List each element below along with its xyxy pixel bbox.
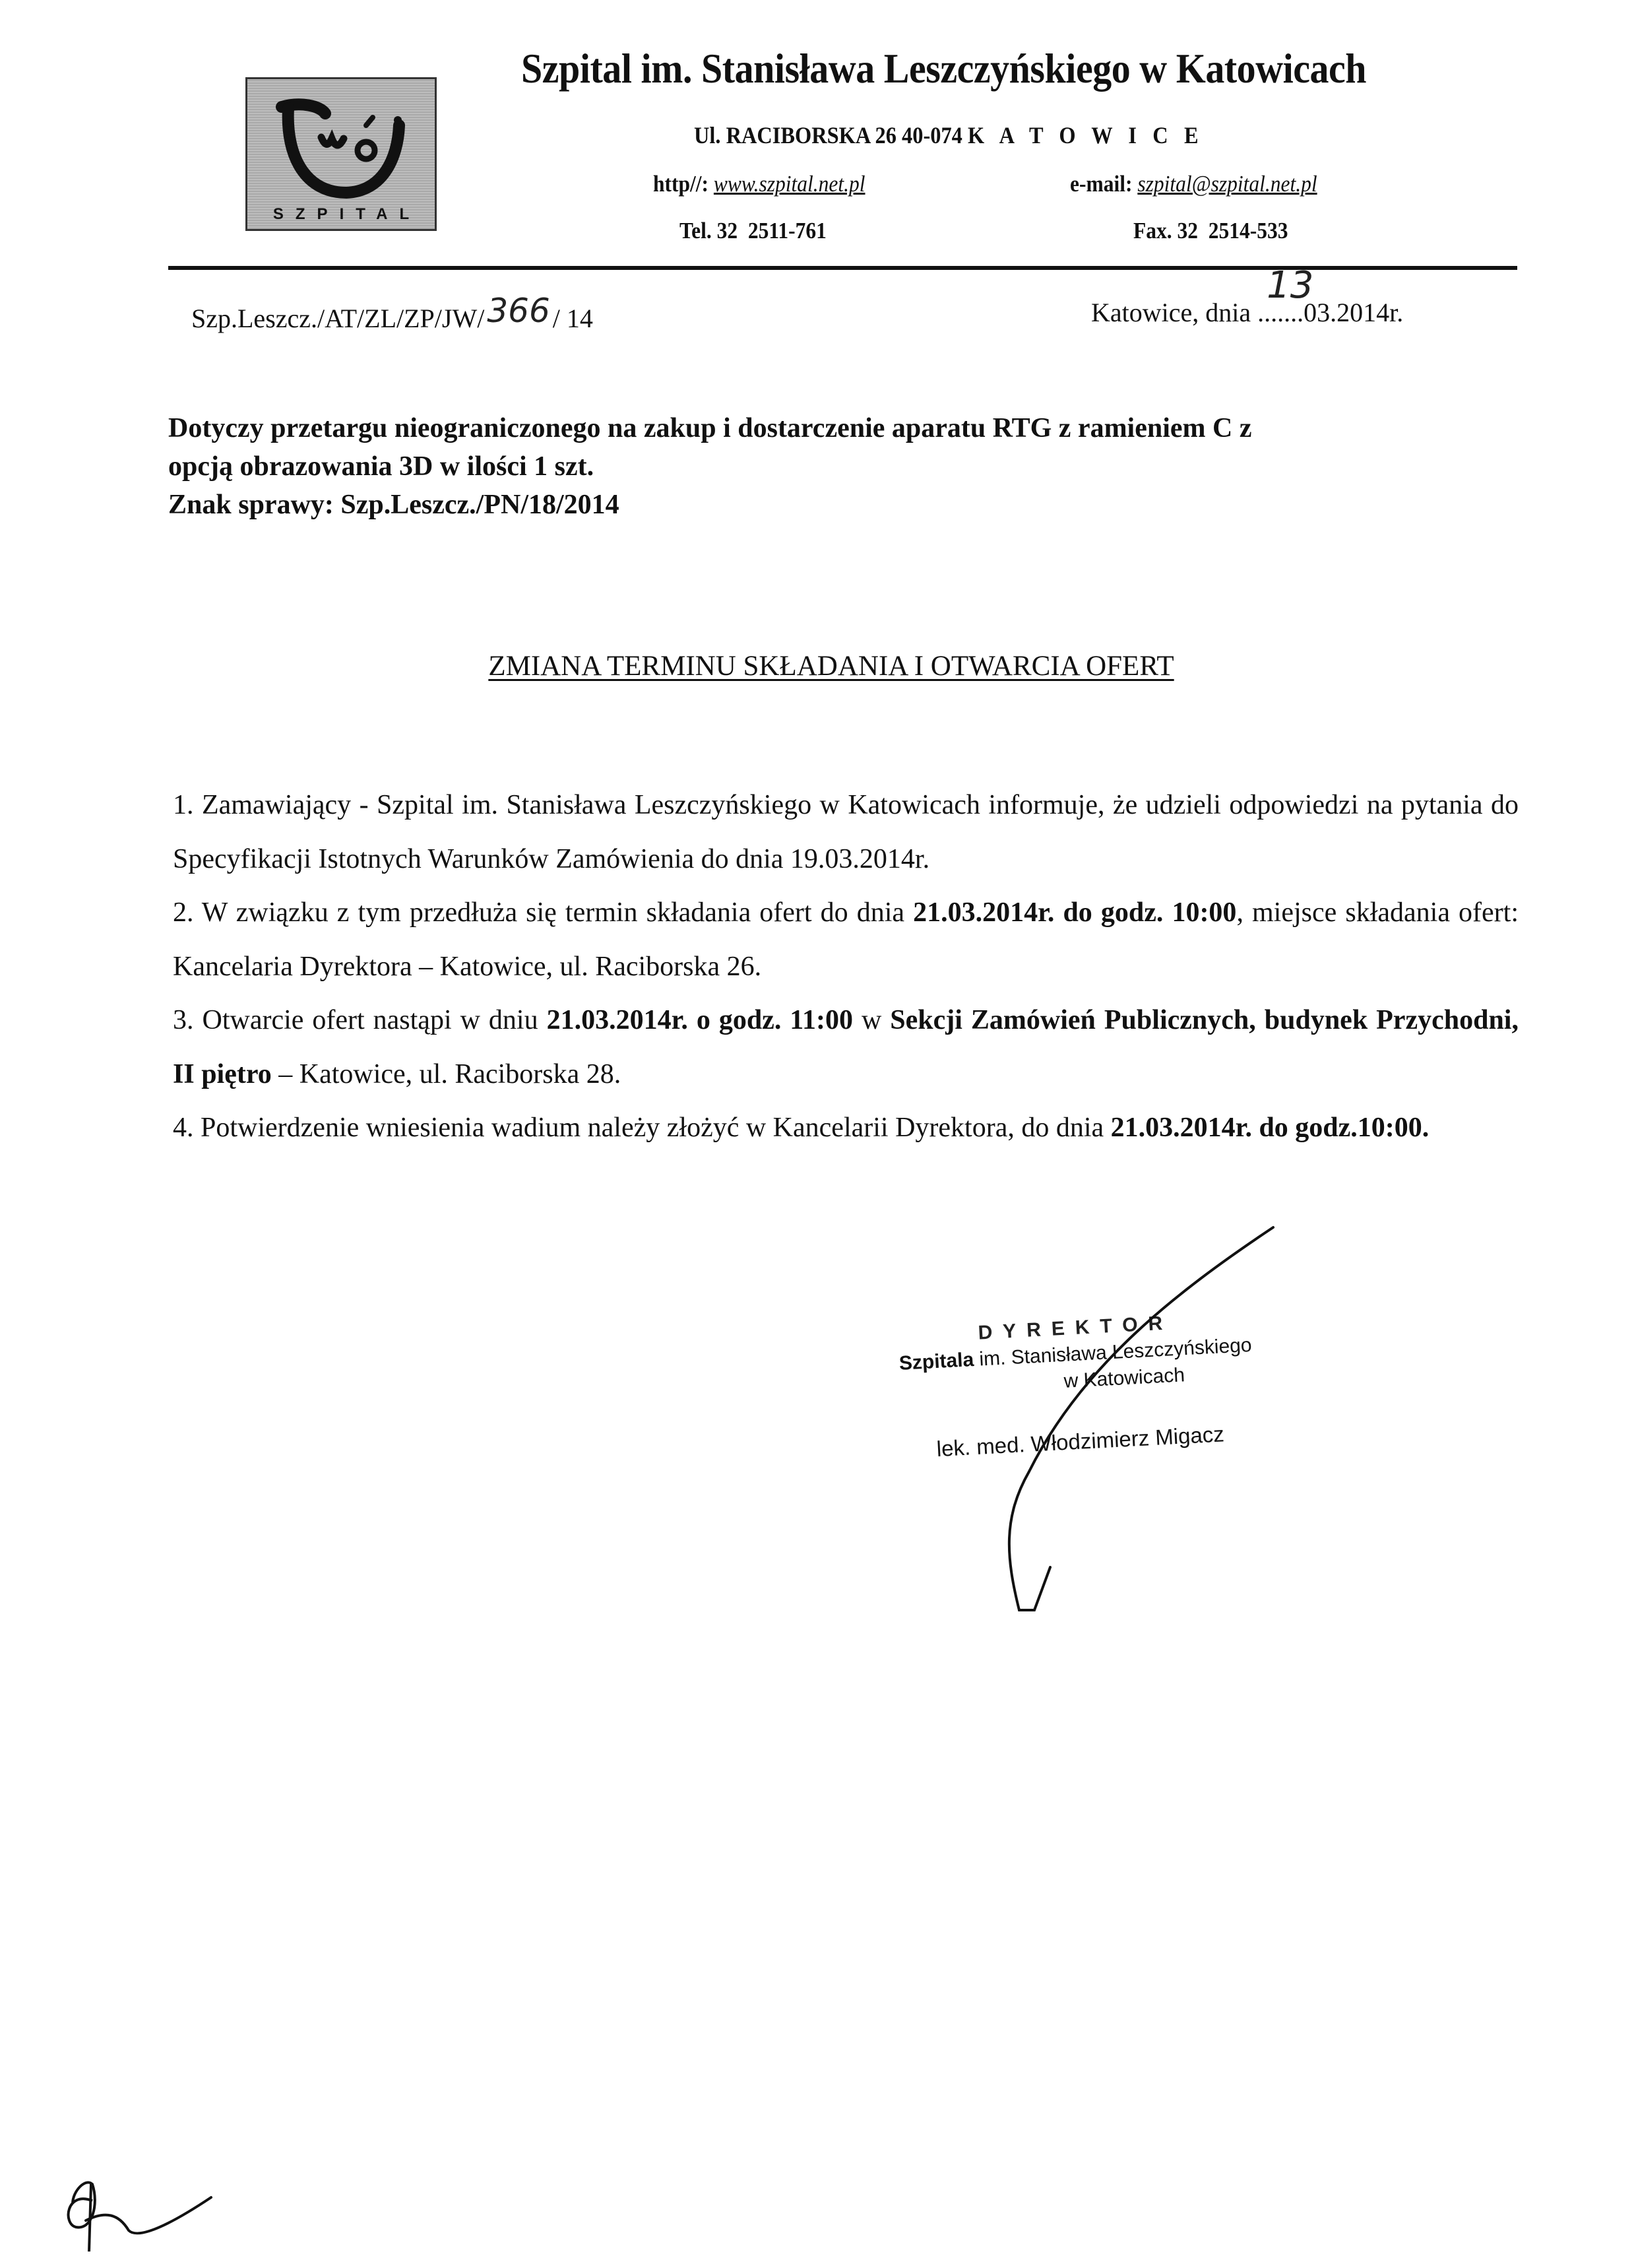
p4-deadline: 21.03.2014r. do godz.10:00. [1111,1113,1430,1143]
header-divider [168,266,1517,270]
email-label: e-mail: [1070,171,1132,197]
stamp-org-bold: Szpitala [898,1349,974,1375]
subject-line-2: opcją obrazowania 3D w ilości 1 szt. [168,447,1521,486]
tel-label: Tel. 32 [679,218,738,243]
email: e-mail: szpital@szpital.net.pl [1070,171,1317,197]
fax-number: 2514-533 [1209,218,1288,243]
stamp-city: w Katowicach [1063,1364,1185,1393]
subject-block: Dotyczy przetargu nieograniczonego na za… [168,409,1521,524]
p3-text-c: w [853,1005,890,1035]
document-body: 1. Zamawiający - Szpital im. Stanisława … [173,779,1519,1155]
hospital-logo: SZPITAL [245,77,437,231]
date-day-field: ......13 [1257,297,1297,328]
address-street: Ul. RACIBORSKA 26 [694,122,897,148]
p3-text-e: – Katowice, ul. Raciborska 28. [272,1059,621,1089]
logo-caption: SZPITAL [247,205,435,224]
document-date: Katowice, dnia ......13.03.2014r. [1091,297,1403,328]
reference-prefix: Szp.Leszcz./AT/ZL/ZP/JW/ [191,304,484,333]
p3-text-a: 3. Otwarcie ofert nastąpi w dniu [173,1005,547,1035]
p2-deadline: 21.03.2014r. do godz. 10:00 [913,897,1236,928]
fax-label: Fax. 32 [1133,218,1198,243]
email-link[interactable]: szpital@szpital.net.pl [1137,171,1317,197]
address-postal: 40-074 [902,122,962,148]
handwritten-reference: 366 [487,292,550,330]
tel-number: 2511-761 [748,218,827,243]
hospital-name: Szpital im. Stanisława Leszczyńskiego w … [521,45,1366,93]
date-label: Katowice, dnia [1091,298,1251,327]
initials-icon [69,2182,211,2252]
paragraph-3: 3. Otwarcie ofert nastąpi w dniu 21.03.2… [173,994,1519,1101]
telephone: Tel. 32 2511-761 [679,218,827,244]
reference-number: Szp.Leszcz./AT/ZL/ZP/JW/366/ 14 [191,297,593,335]
web-label: http//: [653,171,708,197]
handwritten-day: 13 [1267,264,1313,307]
stamp-director-name: lek. med. Włodzimierz Migacz [936,1421,1225,1462]
address-city: K A T O W I C E [968,122,1204,148]
stamp-organization: Szpitala im. Stanisława Leszczyńskiego [898,1334,1252,1375]
hospital-address: Ul. RACIBORSKA 26 40-074 K A T O W I C E [694,121,1204,149]
web-link[interactable]: www.szpital.net.pl [714,171,865,197]
reference-suffix: / 14 [553,304,593,333]
p4-text-a: 4. Potwierdzenie wniesienia wadium należ… [173,1113,1111,1143]
p2-text-a: 2. W związku z tym przedłuża się termin … [173,897,913,928]
director-stamp: DYREKTOR Szpitala im. Stanisława Leszczy… [897,1307,1266,1326]
document-title: ZMIANA TERMINU SKŁADANIA I OTWARCIA OFER… [0,650,1636,682]
subject-line-1: Dotyczy przetargu nieograniczonego na za… [168,409,1521,447]
case-reference: Znak sprawy: Szp.Leszcz./PN/18/2014 [168,486,1521,524]
fax: Fax. 32 2514-533 [1133,218,1288,244]
paragraph-2: 2. W związku z tym przedłuża się termin … [173,886,1519,994]
paragraph-1: 1. Zamawiający - Szpital im. Stanisława … [173,779,1519,886]
website: http//: www.szpital.net.pl [653,171,865,197]
paragraph-4: 4. Potwierdzenie wniesienia wadium należ… [173,1101,1519,1155]
p3-opening-time: 21.03.2014r. o godz. 11:00 [547,1005,853,1035]
